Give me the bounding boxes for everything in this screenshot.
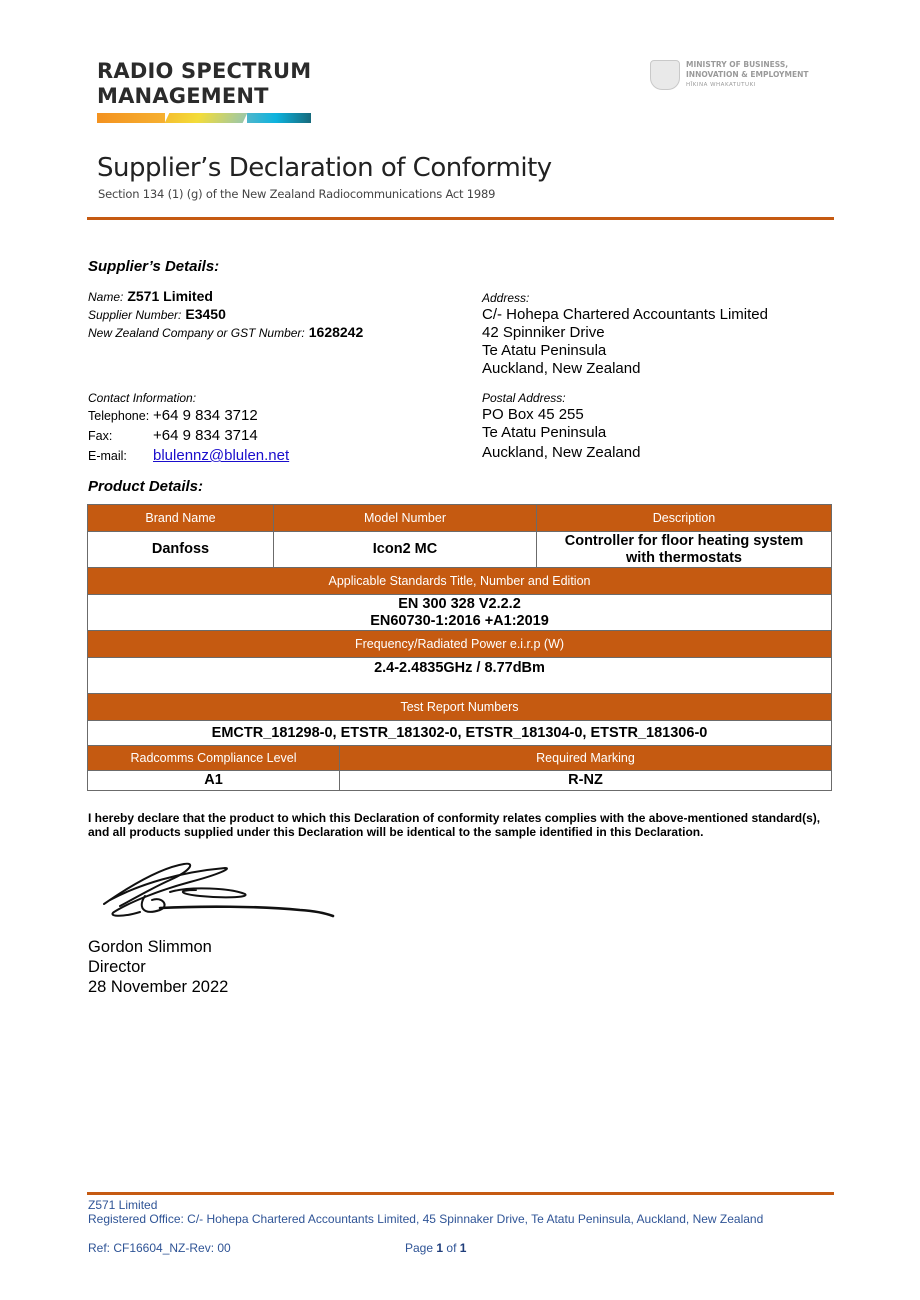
test-reports-header: Test Report Numbers bbox=[88, 694, 831, 720]
page-title: Supplier’s Declaration of Conformity bbox=[97, 153, 552, 183]
standard-item: EN 300 328 V2.2.2 bbox=[398, 596, 521, 613]
supplier-details-heading: Supplier’s Details: bbox=[88, 258, 219, 275]
gst-label: New Zealand Company or GST Number: bbox=[88, 326, 305, 340]
table-row: EMCTR_181298-0, ETSTR_181302-0, ETSTR_18… bbox=[88, 721, 831, 746]
table-row: 2.4-2.4835GHz / 8.77dBm bbox=[88, 658, 831, 694]
title-divider bbox=[87, 217, 834, 220]
email-label: E-mail: bbox=[88, 447, 153, 466]
signatory-name: Gordon Slimmon bbox=[88, 937, 228, 957]
table-header-row: Brand Name Model Number Description bbox=[88, 505, 831, 532]
fax-label: Fax: bbox=[88, 427, 153, 446]
contact-information: Contact Information: Telephone: +64 9 83… bbox=[88, 390, 289, 466]
marking-value: R-NZ bbox=[340, 771, 831, 790]
declaration-statement: I hereby declare that the product to whi… bbox=[88, 811, 828, 839]
table-row: Danfoss Icon2 MC Controller for floor he… bbox=[88, 532, 831, 568]
signatory-title: Director bbox=[88, 957, 228, 977]
footer-registered-office: Registered Office: C/- Hohepa Chartered … bbox=[88, 1212, 763, 1226]
address-line: Te Atatu Peninsula bbox=[482, 342, 768, 360]
page-current: 1 bbox=[436, 1241, 443, 1255]
coat-of-arms-icon bbox=[650, 60, 680, 90]
model-header: Model Number bbox=[274, 505, 537, 531]
footer-reference: Ref: CF16604_NZ-Rev: 00 bbox=[88, 1241, 231, 1255]
postal-line: Auckland, New Zealand bbox=[482, 444, 640, 462]
address-label: Address: bbox=[482, 290, 768, 306]
contact-label: Contact Information: bbox=[88, 390, 289, 406]
supplier-number-row: Supplier Number:E3450 bbox=[88, 306, 226, 324]
ministry-logo: MINISTRY OF BUSINESS, INNOVATION & EMPLO… bbox=[650, 60, 808, 90]
footer-company: Z571 Limited bbox=[88, 1198, 763, 1212]
ministry-line-2: INNOVATION & EMPLOYMENT bbox=[686, 70, 808, 80]
standard-item: EN60730-1:2016 +A1:2019 bbox=[370, 613, 549, 630]
gst-number-row: New Zealand Company or GST Number:162824… bbox=[88, 324, 363, 342]
product-details-heading: Product Details: bbox=[88, 478, 203, 495]
supplier-number-label: Supplier Number: bbox=[88, 308, 181, 322]
address-line: 42 Spinniker Drive bbox=[482, 324, 768, 342]
description-header: Description bbox=[537, 505, 831, 531]
signature-image bbox=[100, 856, 340, 926]
fax-value: +64 9 834 3714 bbox=[153, 426, 258, 445]
compliance-level-header: Radcomms Compliance Level bbox=[88, 746, 340, 770]
ministry-line-3: HĪKINA WHAKATUTUKI bbox=[686, 80, 808, 90]
email-link[interactable]: blulennz@blulen.net bbox=[153, 446, 289, 465]
postal-line: Te Atatu Peninsula bbox=[482, 424, 640, 442]
description-value: Controller for floor heating system with… bbox=[537, 532, 831, 567]
footer-company-info: Z571 Limited Registered Office: C/- Hohe… bbox=[88, 1198, 763, 1226]
radio-spectrum-management-logo: RADIO SPECTRUM MANAGEMENT bbox=[97, 59, 311, 109]
standards-value: EN 300 328 V2.2.2 EN60730-1:2016 +A1:201… bbox=[88, 595, 831, 630]
postal-address-block: Postal Address: PO Box 45 255 Te Atatu P… bbox=[482, 390, 640, 462]
signature-date: 28 November 2022 bbox=[88, 977, 228, 997]
logo-color-bar bbox=[97, 113, 311, 123]
logo-line-1: RADIO SPECTRUM bbox=[97, 59, 311, 84]
supplier-name-row: Name:Z571 Limited bbox=[88, 288, 213, 306]
footer-divider bbox=[87, 1192, 834, 1195]
page-subtitle: Section 134 (1) (g) of the New Zealand R… bbox=[98, 187, 495, 201]
table-header-row: Frequency/Radiated Power e.i.r.p (W) bbox=[88, 631, 831, 658]
telephone-value: +64 9 834 3712 bbox=[153, 406, 258, 425]
standards-header: Applicable Standards Title, Number and E… bbox=[88, 568, 831, 594]
frequency-header: Frequency/Radiated Power e.i.r.p (W) bbox=[88, 631, 831, 657]
frequency-value: 2.4-2.4835GHz / 8.77dBm bbox=[88, 660, 831, 677]
gst-number: 1628242 bbox=[309, 324, 364, 340]
postal-address-label: Postal Address: bbox=[482, 390, 640, 406]
address-line: Auckland, New Zealand bbox=[482, 360, 768, 378]
table-row: EN 300 328 V2.2.2 EN60730-1:2016 +A1:201… bbox=[88, 595, 831, 631]
page-number: Page 1 of 1 bbox=[405, 1241, 466, 1255]
model-value: Icon2 MC bbox=[274, 532, 537, 567]
supplier-name: Z571 Limited bbox=[127, 288, 213, 304]
signatory-block: Gordon Slimmon Director 28 November 2022 bbox=[88, 937, 228, 997]
test-reports-value: EMCTR_181298-0, ETSTR_181302-0, ETSTR_18… bbox=[88, 721, 831, 745]
marking-header: Required Marking bbox=[340, 746, 831, 770]
telephone-label: Telephone: bbox=[88, 407, 153, 426]
address-line: C/- Hohepa Chartered Accountants Limited bbox=[482, 306, 768, 324]
compliance-level-value: A1 bbox=[88, 771, 340, 790]
supplier-number: E3450 bbox=[185, 306, 225, 322]
logo-line-2: MANAGEMENT bbox=[97, 84, 311, 109]
address-block: Address: C/- Hohepa Chartered Accountant… bbox=[482, 290, 768, 378]
ministry-line-1: MINISTRY OF BUSINESS, bbox=[686, 60, 808, 70]
table-row: A1 R-NZ bbox=[88, 771, 831, 790]
table-header-row: Radcomms Compliance Level Required Marki… bbox=[88, 746, 831, 771]
brand-value: Danfoss bbox=[88, 532, 274, 567]
page-label: Page bbox=[405, 1241, 433, 1255]
table-header-row: Applicable Standards Title, Number and E… bbox=[88, 568, 831, 595]
postal-line: PO Box 45 255 bbox=[482, 406, 640, 424]
page-total: 1 bbox=[460, 1241, 467, 1255]
table-header-row: Test Report Numbers bbox=[88, 694, 831, 721]
brand-header: Brand Name bbox=[88, 505, 274, 531]
name-label: Name: bbox=[88, 290, 123, 304]
product-details-table: Brand Name Model Number Description Danf… bbox=[87, 504, 832, 791]
page-of: of bbox=[446, 1241, 456, 1255]
